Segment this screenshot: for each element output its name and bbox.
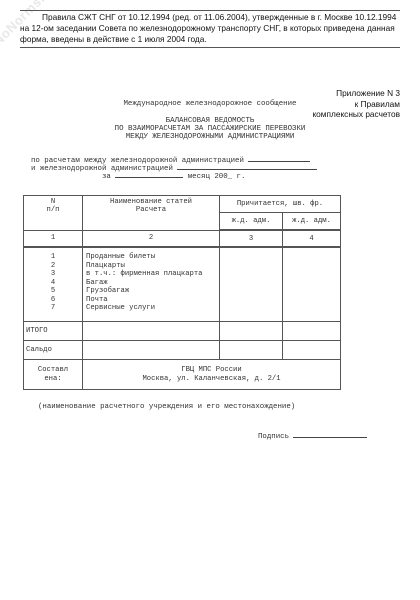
total-label: ИТОГО: [24, 322, 83, 341]
item-number: 1: [24, 253, 82, 262]
balance-table: N п/п Наименование статей Расчета Причит…: [23, 195, 341, 390]
item-number: 2: [24, 262, 82, 271]
item-number: 5: [24, 287, 82, 296]
compiled-label: Составл ена:: [24, 360, 83, 390]
column-number-1: 1: [24, 230, 83, 247]
law-note: Правила СЖТ СНГ от 10.12.1994 (ред. от 1…: [20, 10, 400, 48]
item-label: Почта: [83, 296, 219, 305]
items-admin-1-values[interactable]: [220, 247, 283, 322]
law-note-line-3: форма, введены в действие с 1 июля 2004 …: [20, 34, 400, 45]
total-item-cell: [83, 322, 220, 341]
period-line: за месяц 200_ г.: [31, 170, 245, 181]
item-number: 6: [24, 296, 82, 305]
items-admin-2-values[interactable]: [283, 247, 341, 322]
item-label: Грузобагаж: [83, 287, 219, 296]
item-number: 3: [24, 270, 82, 279]
compiled-label-line-1: Составл: [24, 366, 82, 375]
column-number-4: 4: [283, 230, 341, 247]
period-suffix: месяц 200_ г.: [183, 173, 245, 181]
item-number: 7: [24, 304, 82, 313]
item-numbers: 1 2 3 4 5 6 7: [24, 247, 83, 322]
appendix-line-1: Приложение N 3: [312, 88, 400, 99]
signature-line: Подпись: [258, 430, 367, 441]
item-label: Проданные билеты: [83, 253, 219, 262]
compiled-by-address: Москва, ул. Каланчевская, д. 2/1: [83, 375, 340, 384]
header-number-line-1: N: [24, 198, 82, 206]
document-subtitle-1: ПО ВЗАИМОРАСЧЕТАМ ЗА ПАССАЖИРСКИЕ ПЕРЕВО…: [0, 125, 420, 133]
law-note-line-2: на 12-ом заседании Совета по железнодоро…: [20, 23, 400, 34]
item-label: Багаж: [83, 279, 219, 288]
signature-label: Подпись: [258, 433, 293, 441]
balance-admin-1[interactable]: [220, 341, 283, 360]
administration-2-field[interactable]: [177, 162, 317, 170]
header-item-name: Наименование статей Расчета: [83, 196, 220, 231]
compiled-by: ГВЦ МПС России Москва, ул. Каланчевская,…: [83, 360, 341, 390]
item-number: 4: [24, 279, 82, 288]
total-admin-1[interactable]: [220, 322, 283, 341]
header-item-name-line-2: Расчета: [83, 206, 219, 214]
service-type: Международное железнодорожное сообщение: [0, 100, 420, 108]
header-number: N п/п: [24, 196, 83, 231]
compiled-label-line-2: ена:: [24, 375, 82, 384]
balance-item-cell: [83, 341, 220, 360]
header-number-line-2: п/п: [24, 206, 82, 214]
column-number-3: 3: [220, 230, 283, 247]
law-note-line-1: Правила СЖТ СНГ от 10.12.1994 (ред. от 1…: [20, 12, 400, 23]
document-subtitle-2: МЕЖДУ ЖЕЛЕЗНОДОРОЖНЫМИ АДМИНИСТРАЦИЯМИ: [0, 133, 420, 141]
header-admin-2: ж.д. адм.: [283, 213, 341, 231]
total-admin-2[interactable]: [283, 322, 341, 341]
compiled-by-org: ГВЦ МПС России: [83, 366, 340, 375]
item-label: Плацкарты: [83, 262, 219, 271]
period-field[interactable]: [115, 170, 183, 178]
period-prefix: за: [31, 173, 115, 181]
item-labels: Проданные билеты Плацкарты в т.ч.: фирме…: [83, 247, 220, 322]
header-due: Причитается, шв. фр.: [220, 196, 341, 213]
item-label: в т.ч.: фирменная плацкарта: [83, 270, 219, 279]
administration-1-field[interactable]: [248, 154, 310, 162]
balance-label: Сальдо: [24, 341, 83, 360]
header-admin-1: ж.д. адм.: [220, 213, 283, 231]
item-label: Сервисные услуги: [83, 304, 219, 313]
balance-admin-2[interactable]: [283, 341, 341, 360]
document-title: БАЛАНСОВАЯ ВЕДОМОСТЬ: [0, 117, 420, 125]
column-number-2: 2: [83, 230, 220, 247]
place-caption: (наименование расчетного учреждения и ег…: [38, 403, 295, 411]
header-item-name-line-1: Наименование статей: [83, 198, 219, 206]
signature-field[interactable]: [293, 430, 367, 438]
